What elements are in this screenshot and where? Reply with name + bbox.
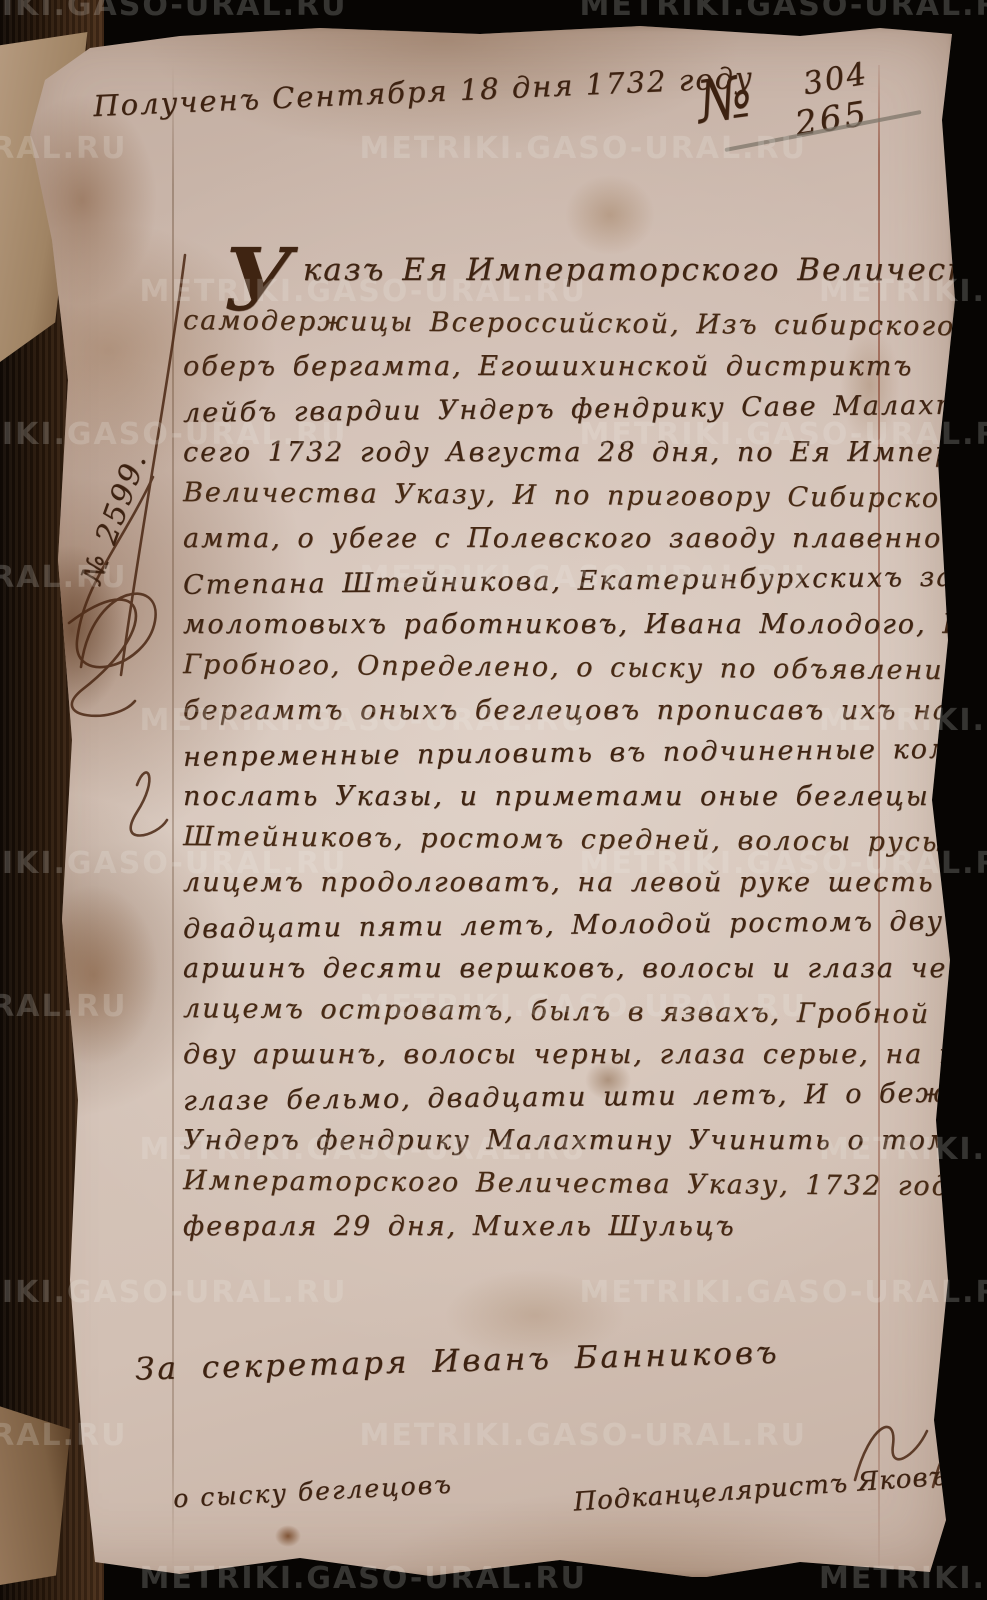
fold-crease-left xyxy=(172,65,174,1567)
decree-line: Степана Штейникова, Екатеринбурхскихъ за… xyxy=(183,556,919,607)
decree-line: амта, о убеге с Полевского заводу плавен… xyxy=(183,517,919,560)
decree-line: Величества Указу, И по приговору Сибирск… xyxy=(183,471,919,520)
decree-line: молотовыхъ работниковъ, Ивана Молодого, … xyxy=(183,603,919,646)
margin-squiggle xyxy=(131,772,167,835)
decree-line: глазе бельмо, двадцати шти летъ, И о беж… xyxy=(183,1072,919,1123)
margin-register-number: № 2599. xyxy=(75,447,155,588)
paper-stain xyxy=(565,175,655,255)
secretary-signature: За секретаря Иванъ Банниковъ xyxy=(135,1334,796,1387)
clerk-signature: Подканцеляристъ Яковъ Бекреевъ xyxy=(572,1458,987,1517)
watermark-row: METRIKI.GASO-URAL.RUMETRIKI.GASO-URAL.RU… xyxy=(0,0,987,23)
decree-line: Ундеръ фендрику Малахтину Учинить о томъ… xyxy=(183,1119,919,1162)
received-note: Полученъ Сентября 18 дня 1732 году xyxy=(93,61,744,123)
decree-line: февраля 29 дня, Михель Шульцъ xyxy=(183,1205,919,1248)
decree-line: оберъ бергамта, Егошихинской дистриктъ xyxy=(183,345,919,388)
decree-line: аршинъ десяти вершковъ, волосы и глаза ч… xyxy=(183,947,919,990)
decree-line: самодержицы Всероссийской, Изъ сибирског… xyxy=(183,299,919,348)
decree-line: послать Указы, и приметами оные беглецы xyxy=(183,775,919,818)
decree-line: сего 1732 году Августа 28 дня, по Ея Имп… xyxy=(183,431,919,474)
decree-line: двадцати пяти летъ, Молодой ростомъ дву xyxy=(183,900,919,951)
decree-line: Штейниковъ, ростомъ средней, волосы русы… xyxy=(183,815,919,864)
decree-line: Гробного, Определено, о сыску по объявле… xyxy=(183,643,919,692)
decree-line: лицемъ продолговатъ, на левой руке шесть… xyxy=(183,861,919,904)
decree-line: бергамтъ оныхъ беглецовъ прописавъ ихъ н… xyxy=(183,689,919,732)
subject-note: о сыску беглецовъ xyxy=(172,1470,453,1514)
margin-flourish-loop xyxy=(69,600,136,716)
folio-number-old: 265 xyxy=(792,93,871,144)
number-sign: № xyxy=(693,62,757,137)
decree-line: лейбъ гвардии Ундеръ фендрику Саве Малах… xyxy=(183,384,919,435)
decree-line: лицемъ островатъ, былъ в язвахъ, Гробной… xyxy=(183,987,919,1036)
ink-spot xyxy=(275,1525,301,1547)
decree-line: дву аршинъ, волосы черны, глаза серые, н… xyxy=(183,1033,919,1076)
manuscript-page: Полученъ Сентября 18 дня 1732 году № 304… xyxy=(25,25,955,1577)
decree-text: Указъ Ея Императорского Величества =само… xyxy=(183,249,919,1248)
manuscript-scan: Полученъ Сентября 18 дня 1732 году № 304… xyxy=(0,0,987,1600)
decree-line: Императорского Величества Указу, 1732 го… xyxy=(183,1159,919,1208)
decree-line: непременные приловить въ подчиненные ком… xyxy=(183,728,919,779)
decree-line: Указъ Ея Императорского Величества = xyxy=(223,249,919,296)
